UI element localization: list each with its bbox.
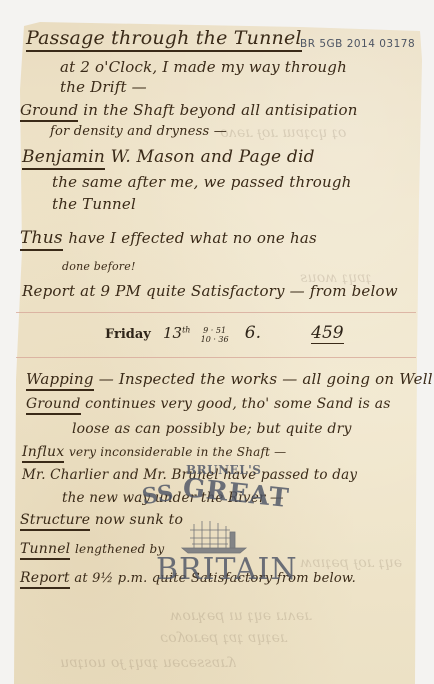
ruled-line — [16, 357, 416, 358]
entry-text: now sunk to — [95, 512, 183, 528]
entry-heading: Tunnel — [20, 541, 70, 560]
entry-text: in the Shaft beyond all antisipation — [83, 101, 357, 119]
time-top: 9 · 51 — [201, 326, 229, 335]
entry-heading: Ground — [20, 101, 78, 122]
entry-line: loose as can possibly be; but quite dry — [72, 421, 352, 437]
stamp-ss: SS — [140, 480, 175, 510]
entry-heading: Benjamin — [22, 147, 105, 170]
date-ordinal: th — [182, 326, 190, 335]
entry-wapping: Wapping — Inspected the works — all goin… — [26, 370, 433, 388]
entry-text: W. Mason and Page did — [111, 147, 315, 167]
entry-report-9pm: Report at 9 PM quite Satisfactory — from… — [22, 282, 398, 300]
heading-passage-through-tunnel: Passage through the Tunnel — [26, 27, 302, 52]
show-through-text: ʎɹɐssǝɔǝu ʇɐɥʇ ɟo uoıʇɐu — [60, 655, 236, 671]
entry-heading: Report — [22, 282, 75, 300]
entry-text: continues very good, tho' some Sand is a… — [85, 396, 390, 412]
value-2: 459 — [311, 323, 343, 344]
show-through-text: ɹǝʌıɹ ǝɥʇ uı pǝʞɹoʍ — [170, 608, 311, 624]
entry-line: the Drift — — [60, 78, 147, 96]
entry-line: the same after me, we passed through — [52, 173, 352, 191]
entry-text: — Inspected the works — all going on Wel… — [99, 370, 433, 388]
entry-influx: Influx very inconsiderable in the Shaft … — [22, 444, 286, 460]
entry-heading: Structure — [20, 512, 90, 531]
entry-text: lengthened by — [75, 542, 164, 556]
time-bottom: 10 · 36 — [201, 335, 229, 344]
entry-text: have I effected what no one has — [68, 229, 317, 247]
value-1: 6. — [245, 323, 261, 343]
entry-heading: Wapping — [26, 370, 94, 391]
entry-structure: Structure now sunk to — [20, 512, 183, 528]
entry-heading-passage: Passage through the Tunnel — [26, 27, 302, 49]
entry-thus: Thus have I effected what no one has — [20, 228, 317, 248]
entry-heading: Influx — [22, 444, 64, 463]
entry-text: very inconsiderable in the Shaft — — [69, 445, 286, 459]
entry-heading: Thus — [20, 228, 63, 251]
show-through-text: ɹǝʇɥɐ ʇɐʇ pǝɹoʎoɔ — [160, 630, 287, 646]
show-through-text: oʇ ɥɔʇɐɯ ɹoɟ ɹəʌo — [220, 125, 346, 141]
tide-times: 9 · 51 10 · 36 — [201, 326, 229, 344]
entry-tunnel: Tunnel lengthened by — [20, 541, 164, 557]
entry-ground-2: Ground continues very good, tho' some Sa… — [26, 396, 391, 412]
entry-benjamin: Benjamin W. Mason and Page did — [22, 147, 315, 167]
entry-line: done before! — [62, 260, 136, 273]
date-number: 13 — [163, 324, 182, 342]
entry-heading: Ground — [26, 396, 81, 415]
stamp-britain: BRITAIN — [156, 552, 298, 587]
entry-line: for density and dryness — — [50, 124, 227, 139]
entry-ground: Ground in the Shaft beyond all antisipat… — [20, 101, 358, 119]
entry-line: the Tunnel — [52, 195, 136, 213]
ruled-line — [16, 312, 416, 313]
steamship-icon — [180, 518, 248, 556]
entry-text: at 9 PM quite Satisfactory — from below — [80, 282, 398, 300]
entry-line: at 2 o'Clock, I made my way through — [60, 58, 347, 76]
day-label: Friday — [105, 327, 151, 342]
date-row: Friday 13th 9 · 51 10 · 36 6. 459 — [105, 323, 344, 344]
show-through-text: ǝɥʇ ɹoɟ pǝʇıɐʍ — [300, 555, 402, 571]
archive-reference-number: BR 5GB 2014 03178 — [300, 38, 415, 50]
entry-heading: Report — [20, 570, 70, 589]
